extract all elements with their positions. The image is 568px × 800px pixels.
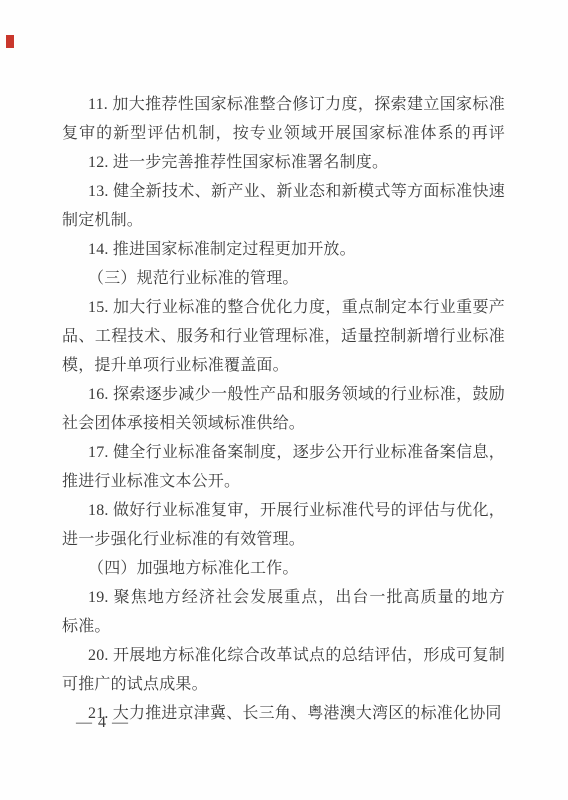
document-line: 14. 推进国家标准制定过程更加开放。 [62,235,505,264]
document-line: 11. 加大推荐性国家标准整合修订力度，探索建立国家标准 [62,90,505,119]
document-line: 推进行业标准文本公开。 [62,467,505,496]
red-corner-mark [6,35,14,48]
document-line: 模，提升单项行业标准覆盖面。 [62,351,505,380]
document-line: 15. 加大行业标准的整合优化力度，重点制定本行业重要产 [62,293,505,322]
document-line: 制定机制。 [62,206,505,235]
document-line: 19. 聚焦地方经济社会发展重点，出台一批高质量的地方 [62,583,505,612]
document-line: 18. 做好行业标准复审，开展行业标准代号的评估与优化， [62,496,505,525]
page-number: — 4 — [76,712,129,734]
document-line: 进一步强化行业标准的有效管理。 [62,525,505,554]
document-line: 标准。 [62,612,505,641]
section-heading-3: （三）规范行业标准的管理。 [62,264,505,293]
document-line: 16. 探索逐步减少一般性产品和服务领域的行业标准，鼓励 [62,380,505,409]
document-line: 社会团体承接相关领域标准供给。 [62,409,505,438]
document-line: 复审的新型评估机制，按专业领域开展国家标准体系的再评估。 [62,119,505,148]
document-line: 品、工程技术、服务和行业管理标准，适量控制新增行业标准规 [62,322,505,351]
document-line: 可推广的试点成果。 [62,670,505,699]
document-line: 20. 开展地方标准化综合改革试点的总结评估，形成可复制 [62,641,505,670]
document-line: 13. 健全新技术、新产业、新业态和新模式等方面标准快速 [62,177,505,206]
document-body: 11. 加大推荐性国家标准整合修订力度，探索建立国家标准 复审的新型评估机制，按… [62,90,505,728]
document-line: 12. 进一步完善推荐性国家标准署名制度。 [62,148,505,177]
document-page: 11. 加大推荐性国家标准整合修订力度，探索建立国家标准 复审的新型评估机制，按… [0,0,568,800]
document-line: 17. 健全行业标准备案制度，逐步公开行业标准备案信息， [62,438,505,467]
section-heading-4: （四）加强地方标准化工作。 [62,554,505,583]
